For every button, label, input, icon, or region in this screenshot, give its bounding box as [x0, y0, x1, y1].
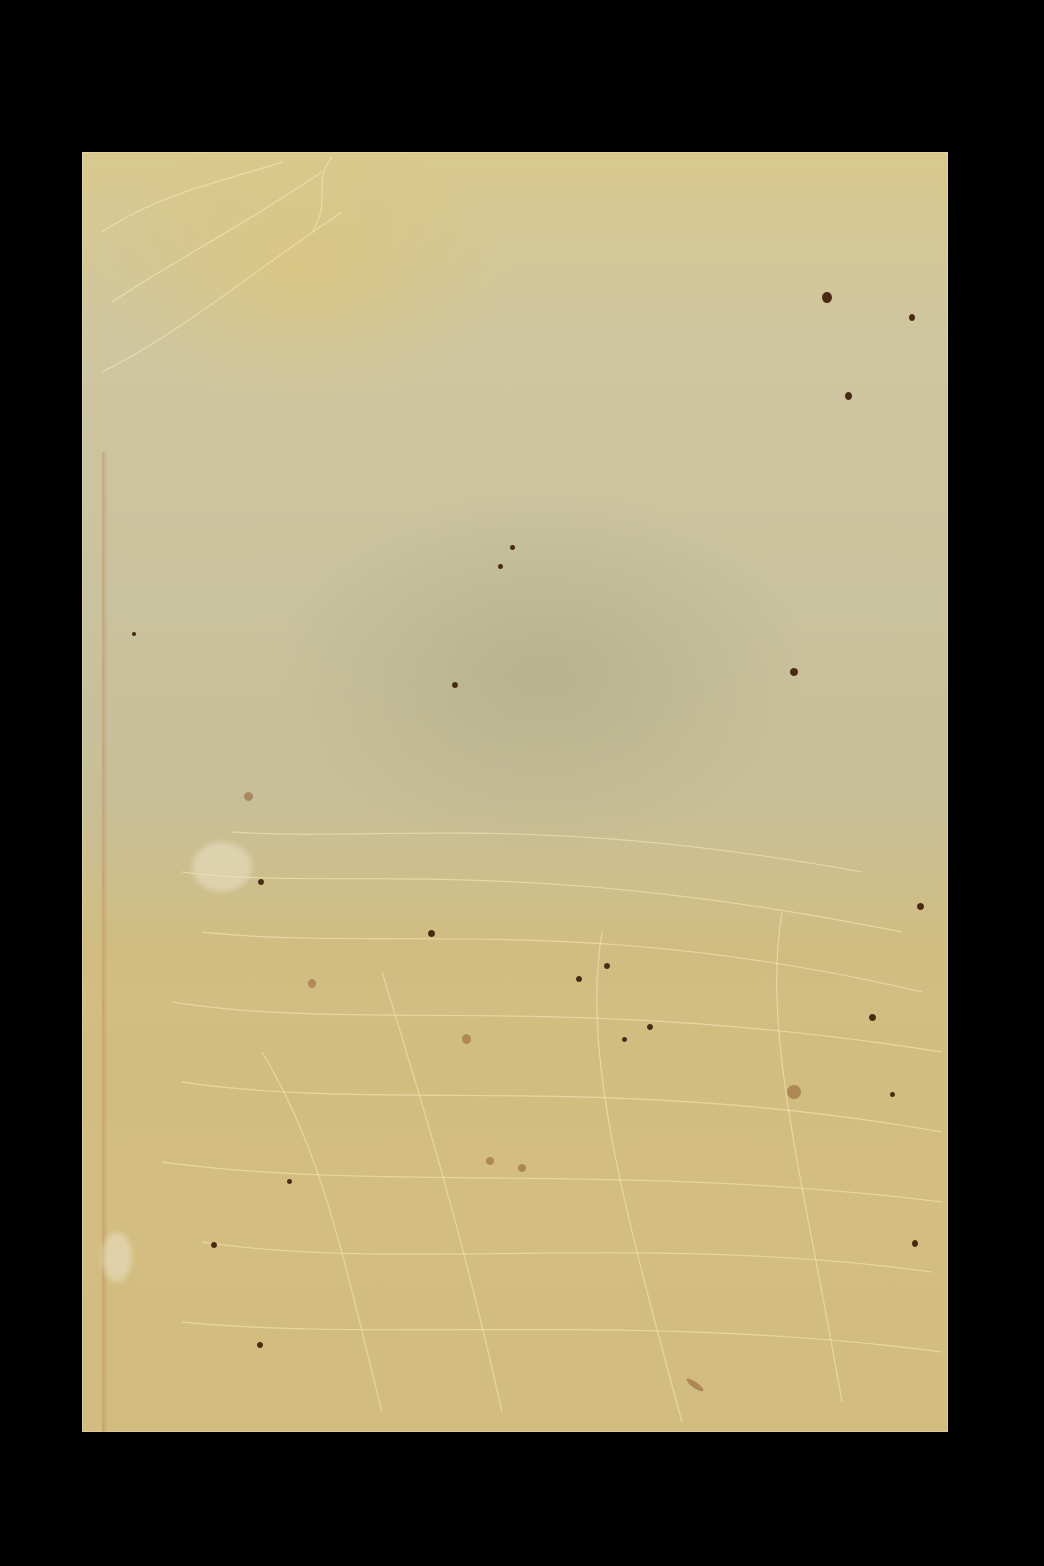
foxing-spot: [428, 930, 435, 937]
foxing-spot: [822, 292, 832, 303]
foxing-spot: [486, 1157, 494, 1165]
craquelure-lines: [82, 152, 948, 1432]
surface-abrasion: [102, 1232, 132, 1282]
foxing-spot: [604, 963, 610, 969]
foxing-spot: [909, 314, 915, 321]
foxing-spot: [917, 903, 924, 910]
foxing-spot: [912, 1240, 918, 1247]
foxing-spot: [510, 545, 515, 550]
foxing-spot: [576, 976, 582, 982]
foxing-spot: [287, 1179, 292, 1184]
foxing-spot: [845, 392, 852, 400]
foxing-spot: [647, 1024, 653, 1030]
surface-abrasion: [192, 842, 252, 892]
foxing-spot: [518, 1164, 526, 1172]
foxing-spot: [462, 1034, 471, 1044]
foxing-spot: [308, 979, 316, 988]
foxing-spot: [787, 1085, 801, 1099]
foxing-spot: [211, 1242, 217, 1248]
foxing-spot: [244, 792, 253, 801]
foxing-spot: [622, 1037, 627, 1042]
foxing-spot: [257, 1342, 263, 1348]
foxing-spot: [790, 668, 798, 676]
foxing-spot: [890, 1092, 895, 1097]
foxing-spot: [258, 879, 264, 885]
foxing-spot: [498, 564, 503, 569]
foxing-spot: [869, 1014, 876, 1021]
foxing-spot: [452, 682, 458, 688]
aged-paper-card: [82, 152, 948, 1432]
foxing-spot: [132, 632, 136, 636]
